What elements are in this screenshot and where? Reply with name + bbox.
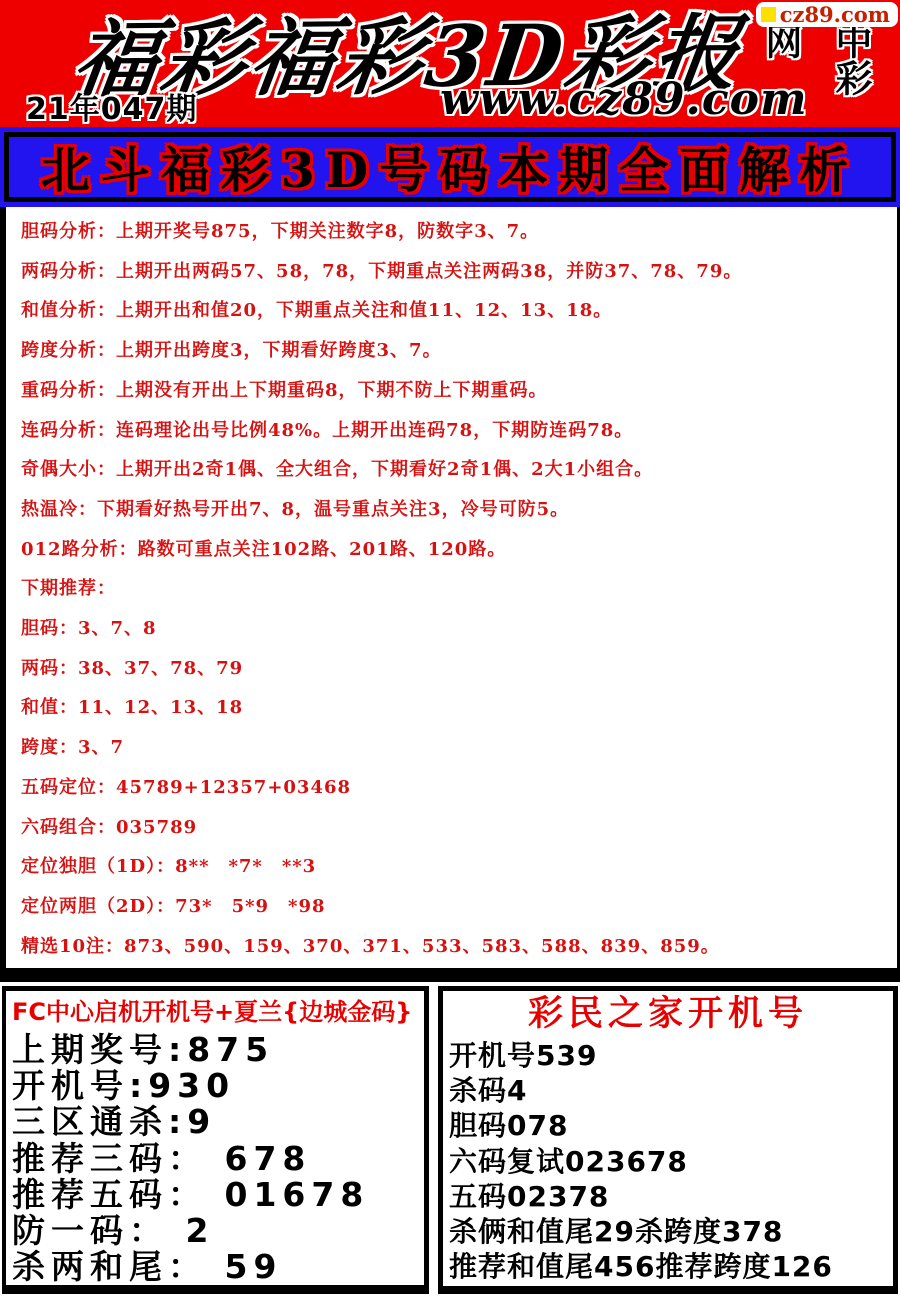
caimin-panel-line: 五码02378 <box>449 1179 887 1214</box>
analysis-line: 热温冷：下期看好热号开出7、8，温号重点关注3，冷号可防5。 <box>21 490 889 530</box>
analysis-line: 重码分析：上期没有开出上下期重码8，下期不防上下期重码。 <box>21 371 889 411</box>
analysis-line: 下期推荐： <box>21 569 889 609</box>
analysis-line: 两码：38、37、78、79 <box>21 649 889 689</box>
caimin-panel-line: 六码复试023678 <box>449 1144 887 1179</box>
fc-panel-line: 防一码： 2 <box>12 1213 422 1249</box>
analysis-line: 胆码：3、7、8 <box>21 609 889 649</box>
yellow-square-icon <box>761 7 776 22</box>
caimin-panel-line: 胆码078 <box>449 1108 887 1143</box>
caimin-home-panel: 彩民之家开机号 开机号539 杀码4 胆码078 六码复试023678 五码02… <box>438 986 898 1294</box>
analysis-line: 012路分析：路数可重点关注102路、201路、120路。 <box>21 530 889 570</box>
bottom-section: FC中心启机开机号+夏兰{边城金码} 上期奖号:875 开机号:930 三区通杀… <box>0 986 900 1294</box>
analysis-line: 定位独胆（1D）：8** *7* **3 <box>21 847 889 887</box>
masthead-header: 福彩福彩3D彩报 21年047期 www.cz89.com 中彩网 cz89.c… <box>0 0 900 127</box>
caimin-panel-line: 开机号539 <box>449 1038 887 1073</box>
fc-panel-line: 推荐三码： 678 <box>12 1141 422 1177</box>
analysis-line: 六码组合：035789 <box>21 808 889 848</box>
analysis-line: 和值：11、12、13、18 <box>21 688 889 728</box>
fc-center-panel: FC中心启机开机号+夏兰{边城金码} 上期奖号:875 开机号:930 三区通杀… <box>2 986 429 1294</box>
banner-border-box: 北斗福彩3D号码本期全面解析 <box>4 132 896 202</box>
analysis-line: 连码分析：连码理论出号比例48%。上期开出连码78，下期防连码78。 <box>21 411 889 451</box>
caimin-panel-line: 推荐和值尾456推荐跨度126 <box>449 1249 887 1284</box>
caimin-panel-line: 杀俩和值尾29杀跨度378 <box>449 1214 887 1249</box>
analysis-line: 和值分析：上期开出和值20，下期重点关注和值11、12、13、18。 <box>21 291 889 331</box>
banner-title: 北斗福彩3D号码本期全面解析 <box>41 132 860 202</box>
section-banner: 北斗福彩3D号码本期全面解析 <box>0 127 900 207</box>
site-vertical-name: 中彩网 <box>746 22 886 127</box>
fc-panel-line: 杀两和尾： 59 <box>12 1249 422 1285</box>
issue-number: 21年047期 <box>26 84 197 127</box>
analysis-line: 跨度：3、7 <box>21 728 889 768</box>
fc-panel-line: 上期奖号:875 <box>12 1032 422 1068</box>
fc-panel-line: 推荐五码： 01678 <box>12 1177 422 1213</box>
analysis-line: 定位两胆（2D）：73* 5*9 *98 <box>21 887 889 927</box>
analysis-panel: 胆码分析：上期开奖号875，下期关注数字8，防数字3、7。 两码分析：上期开出两… <box>0 207 900 982</box>
analysis-line: 奇偶大小：上期开出2奇1偶、全大组合，下期看好2奇1偶、2大1小组合。 <box>21 450 889 490</box>
analysis-line: 跨度分析：上期开出跨度3，下期看好跨度3、7。 <box>21 331 889 371</box>
analysis-line: 五码定位：45789+12357+03468 <box>21 768 889 808</box>
analysis-line: 精选10注：873、590、159、370、371、533、583、588、83… <box>21 927 889 967</box>
caimin-home-panel-title: 彩民之家开机号 <box>449 991 887 1038</box>
caimin-panel-line: 杀码4 <box>449 1073 887 1108</box>
analysis-line: 胆码分析：上期开奖号875，下期关注数字8，防数字3、7。 <box>21 212 889 252</box>
analysis-line: 两码分析：上期开出两码57、58，78，下期重点关注两码38，并防37、78、7… <box>21 252 889 292</box>
fc-center-panel-title: FC中心启机开机号+夏兰{边城金码} <box>12 992 422 1032</box>
fc-panel-line: 开机号:930 <box>12 1068 422 1104</box>
cz89-badge: cz89.com <box>756 2 898 27</box>
fc-panel-line: 三区通杀:9 <box>12 1104 422 1140</box>
badge-label: cz89.com <box>780 4 890 25</box>
